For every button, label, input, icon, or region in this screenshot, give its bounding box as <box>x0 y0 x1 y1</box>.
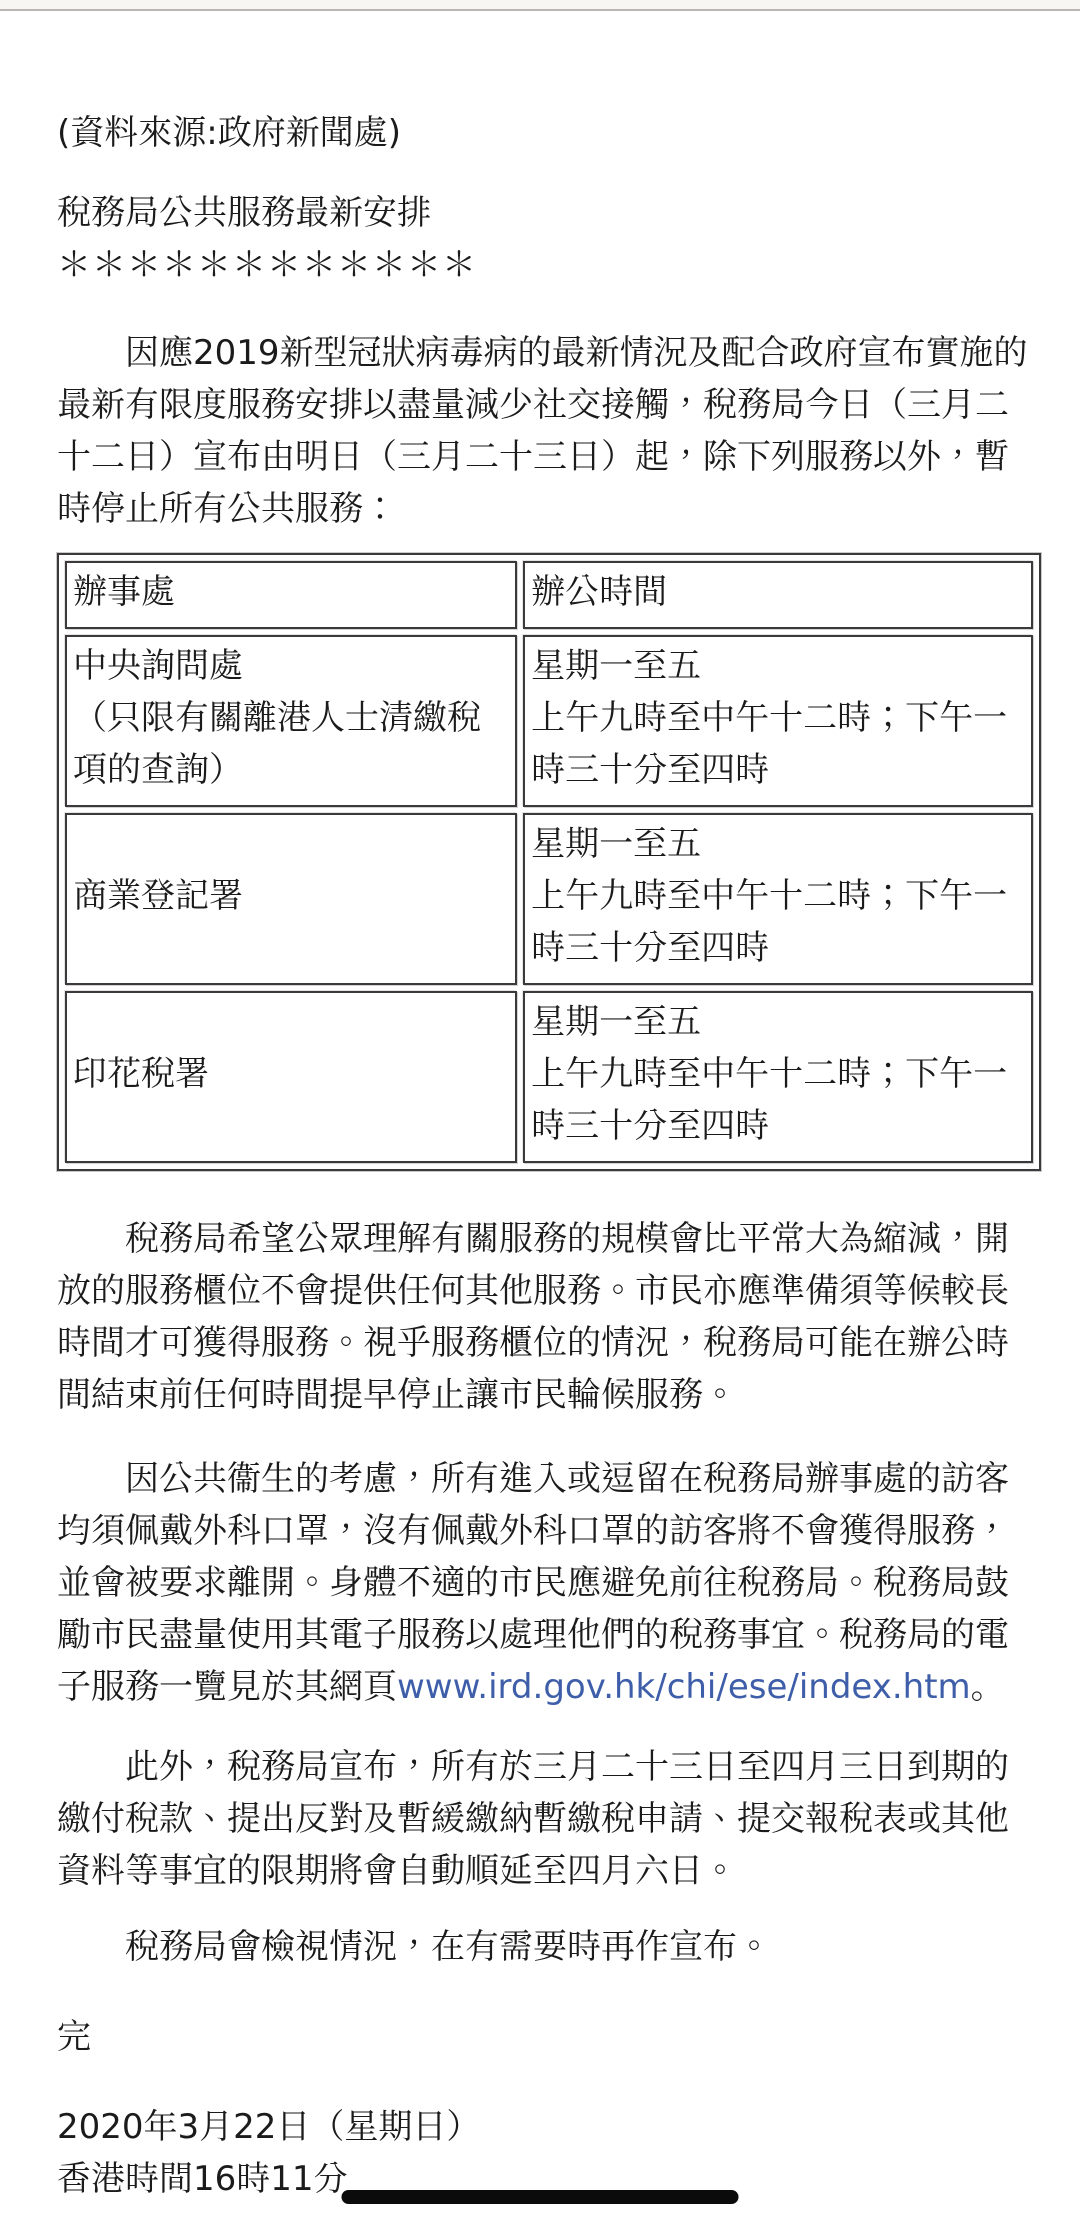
paragraph-service-scale: 稅務局希望公眾理解有關服務的規模會比平常大為縮減，開放的服務櫃位不會提供任何其他… <box>57 1213 1041 1421</box>
table-row: 印花稅署 星期一至五 上午九時至中午十二時；下午一時三十分至四時 <box>65 991 1033 1163</box>
table-row: 商業登記署 星期一至五 上午九時至中午十二時；下午一時三十分至四時 <box>65 813 1033 985</box>
hours-times: 上午九時至中午十二時；下午一時三十分至四時 <box>531 692 1023 796</box>
press-release-document: (資料來源:政府新聞處) 稅務局公共服務最新安排 ＊＊＊＊＊＊＊＊＊＊＊＊ 因應… <box>0 11 1080 2205</box>
source-line: (資料來源:政府新聞處) <box>57 107 1041 159</box>
stars-separator: ＊＊＊＊＊＊＊＊＊＊＊＊ <box>57 239 1041 291</box>
paragraph-deadline-extension: 此外，稅務局宣布，所有於三月二十三日至四月三日到期的繳付稅款、提出反對及暫緩繳納… <box>57 1741 1041 1897</box>
table-header-office: 辦事處 <box>65 561 517 629</box>
office-cell: 印花稅署 <box>65 991 517 1163</box>
toolbar-bottom-edge <box>0 0 1080 11</box>
page-title: 稅務局公共服務最新安排 <box>57 187 1041 239</box>
hours-cell: 星期一至五 上午九時至中午十二時；下午一時三十分至四時 <box>523 635 1033 807</box>
office-name: 印花稅署 <box>73 1048 507 1100</box>
ird-website-link[interactable]: www.ird.gov.hk/chi/ese/index.htm <box>397 1667 971 1707</box>
home-indicator[interactable] <box>342 2190 739 2204</box>
hours-days: 星期一至五 <box>531 818 1023 870</box>
table-header-row: 辦事處 辦公時間 <box>65 561 1033 629</box>
office-cell: 商業登記署 <box>65 813 517 985</box>
paragraph-public-health-period: 。 <box>971 1667 1005 1707</box>
table-row: 中央詢問處 （只限有關離港人士清繳稅項的查詢） 星期一至五 上午九時至中午十二時… <box>65 635 1033 807</box>
hours-days: 星期一至五 <box>531 640 1023 692</box>
office-cell: 中央詢問處 （只限有關離港人士清繳稅項的查詢） <box>65 635 517 807</box>
hours-cell: 星期一至五 上午九時至中午十二時；下午一時三十分至四時 <box>523 813 1033 985</box>
table-header-hours: 辦公時間 <box>523 561 1033 629</box>
title-block: 稅務局公共服務最新安排 ＊＊＊＊＊＊＊＊＊＊＊＊ <box>57 187 1041 291</box>
hours-times: 上午九時至中午十二時；下午一時三十分至四時 <box>531 870 1023 974</box>
paragraph-announcement: 因應2019新型冠狀病毒病的最新情況及配合政府宣布實施的最新有限度服務安排以盡量… <box>57 327 1041 535</box>
office-name: 商業登記署 <box>73 870 507 922</box>
paragraph-review: 稅務局會檢視情況，在有需要時再作宣布。 <box>57 1921 1041 1973</box>
release-date: 2020年3月22日（星期日） <box>57 2101 1041 2153</box>
hours-cell: 星期一至五 上午九時至中午十二時；下午一時三十分至四時 <box>523 991 1033 1163</box>
paragraph-public-health: 因公共衞生的考慮，所有進入或逗留在稅務局辦事處的訪客均須佩戴外科口罩，沒有佩戴外… <box>57 1453 1041 1713</box>
services-table: 辦事處 辦公時間 中央詢問處 （只限有關離港人士清繳稅項的查詢） 星期一至五 上… <box>57 553 1041 1171</box>
office-note: （只限有關離港人士清繳稅項的查詢） <box>73 692 507 796</box>
hours-days: 星期一至五 <box>531 996 1023 1048</box>
hours-times: 上午九時至中午十二時；下午一時三十分至四時 <box>531 1048 1023 1152</box>
end-mark: 完 <box>57 2011 1041 2063</box>
office-name: 中央詢問處 <box>73 640 507 692</box>
